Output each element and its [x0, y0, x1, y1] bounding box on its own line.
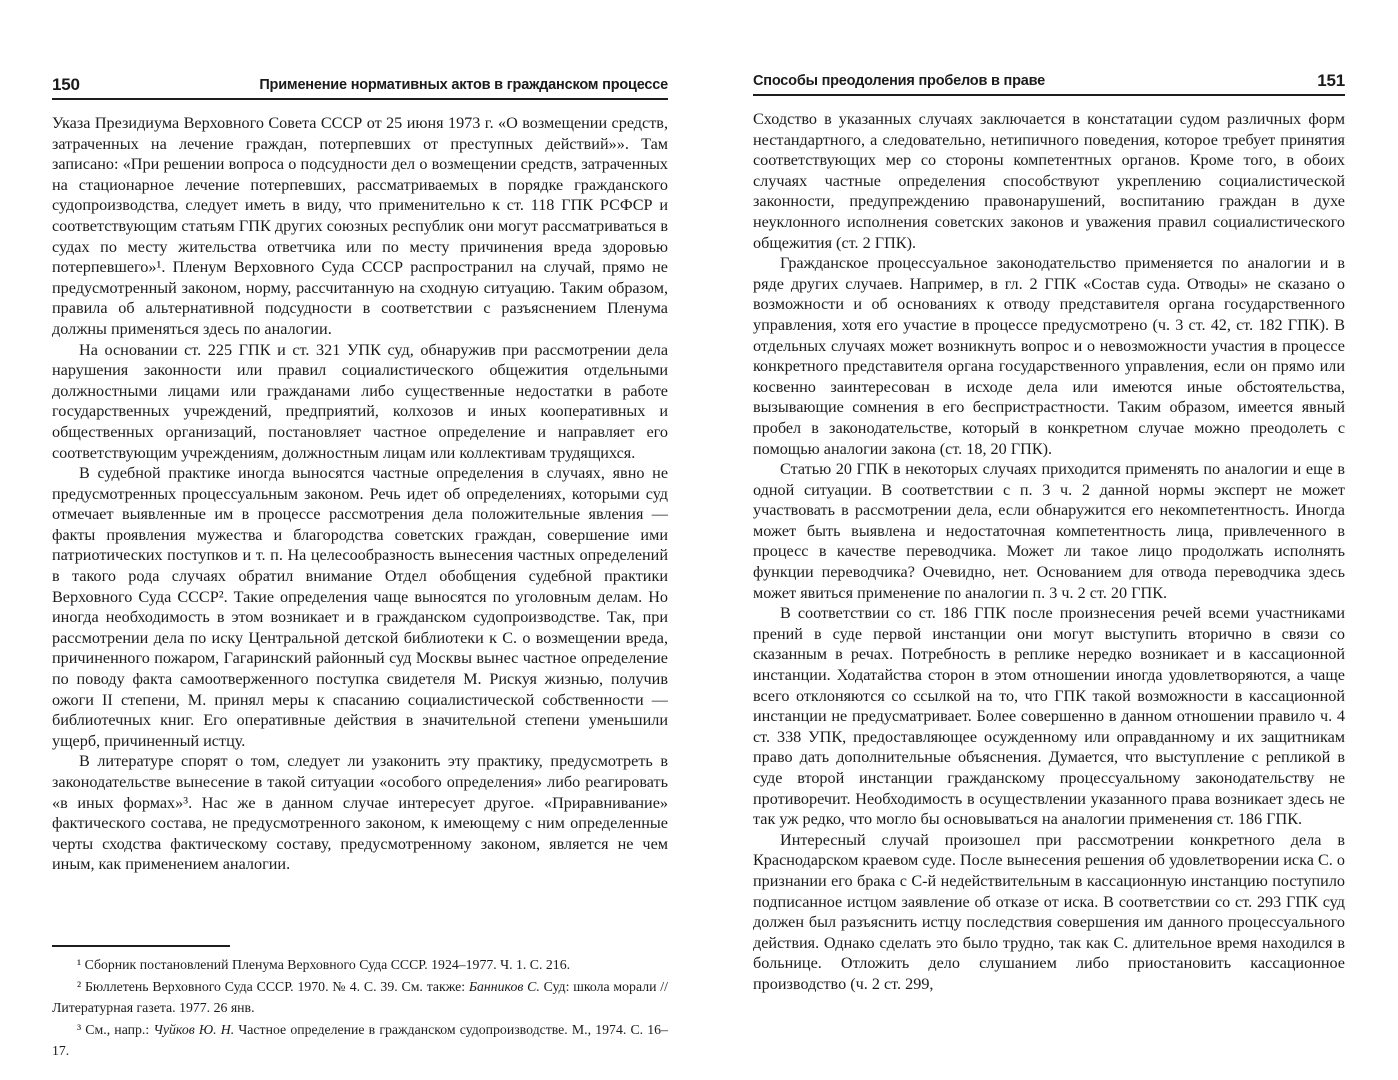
footnote-2-text: ² Бюллетень Верховного Суда СССР. 1970. …: [77, 979, 469, 994]
right-running-title: Способы преодоления пробелов в праве: [753, 73, 1045, 89]
left-paragraph-1: Указа Президиума Верховного Совета СССР …: [52, 113, 668, 340]
left-paragraph-2: На основании ст. 225 ГПК и ст. 321 УПК с…: [52, 340, 668, 464]
left-running-head: 150 Применение нормативных актов в гражд…: [52, 76, 668, 100]
footnote-3-author: Чуйков Ю. Н.: [153, 1022, 234, 1037]
left-paragraph-4: В литературе спорят о том, следует ли уз…: [52, 751, 668, 875]
left-running-title: Применение нормативных актов в гражданск…: [259, 77, 668, 93]
footnote-1: ¹ Сборник постановлений Пленума Верховно…: [52, 954, 668, 976]
footnote-3: ³ См., напр.: Чуйков Ю. Н. Частное опред…: [52, 1019, 668, 1062]
page-151: Способы преодоления пробелов в праве 151…: [753, 72, 1345, 1062]
footnote-3-text: ³ См., напр.:: [77, 1022, 153, 1037]
footnote-2: ² Бюллетень Верховного Суда СССР. 1970. …: [52, 976, 668, 1019]
footnotes-block: ¹ Сборник постановлений Пленума Верховно…: [52, 945, 668, 1062]
page-150: 150 Применение нормативных актов в гражд…: [52, 76, 668, 1062]
footnote-separator-rule: [52, 945, 230, 947]
left-page-number: 150: [52, 76, 80, 93]
right-paragraph-5: Интересный случай произошел при рассмотр…: [753, 830, 1345, 995]
right-page-body: Сходство в указанных случаях заключается…: [753, 109, 1345, 995]
right-running-head: Способы преодоления пробелов в праве 151: [753, 72, 1345, 96]
right-page-number: 151: [1317, 72, 1345, 89]
footnote-2-author: Банников С.: [469, 979, 540, 994]
right-paragraph-1: Сходство в указанных случаях заключается…: [753, 109, 1345, 253]
left-page-body: Указа Президиума Верховного Совета СССР …: [52, 113, 668, 875]
right-paragraph-2: Гражданское процессуальное законодательс…: [753, 253, 1345, 459]
right-paragraph-4: В соответствии со ст. 186 ГПК после прои…: [753, 603, 1345, 830]
right-paragraph-3: Статью 20 ГПК в некоторых случаях приход…: [753, 459, 1345, 603]
book-spread: 150 Применение нормативных актов в гражд…: [0, 0, 1398, 1080]
footnote-1-text: ¹ Сборник постановлений Пленума Верховно…: [77, 957, 570, 972]
left-paragraph-3: В судебной практике иногда выносятся час…: [52, 463, 668, 751]
